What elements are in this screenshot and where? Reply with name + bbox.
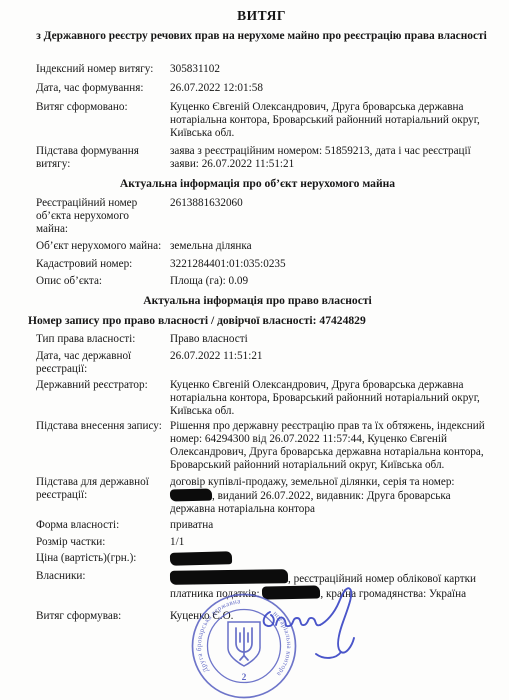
field-label: Підстава для державної реєстрації: bbox=[36, 476, 170, 516]
row-share-size: Розмір частки: 1/1 bbox=[36, 536, 487, 549]
document-page: ВИТЯГ з Державного реєстру речових прав … bbox=[0, 0, 509, 700]
field-label: Витяг сформував: bbox=[36, 610, 170, 623]
field-label: Дата, час формування: bbox=[36, 82, 170, 95]
field-label: Об’єкт нерухомого майна: bbox=[36, 240, 170, 253]
field-label: Дата, час державної реєстрації: bbox=[36, 350, 170, 376]
ownership-record-number-line: Номер запису про право власності / довір… bbox=[28, 314, 487, 328]
field-label: Державний реєстратор: bbox=[36, 379, 170, 418]
field-label: Розмір частки: bbox=[36, 536, 170, 549]
trident-icon bbox=[236, 628, 252, 660]
redaction-bar bbox=[170, 551, 232, 566]
field-label: Тип права власності: bbox=[36, 333, 170, 346]
field-value: 3221284401:01:035:0235 bbox=[170, 258, 487, 271]
stamp-number: 2 bbox=[242, 673, 247, 683]
row-reg-datetime: Дата, час державної реєстрації: 26.07.20… bbox=[36, 350, 487, 376]
document-title: ВИТЯГ bbox=[36, 8, 487, 24]
row-right-type: Тип права власності: Право власності bbox=[36, 333, 487, 346]
field-label: Опис об’єкта: bbox=[36, 275, 170, 288]
row-ownership-form: Форма власності: приватна bbox=[36, 519, 487, 532]
field-label: Кадастровий номер: bbox=[36, 258, 170, 271]
row-property-reg-number: Реєстраційний номер об’єкта нерухомого м… bbox=[36, 197, 487, 236]
field-label: Індексний номер витягу: bbox=[36, 63, 170, 76]
field-value: , реєстраційний номер облікової картки п… bbox=[170, 570, 487, 601]
field-value: заява з реєстраційним номером: 51859213,… bbox=[170, 145, 487, 171]
section-header-property: Актуальна інформація про об’єкт нерухомо… bbox=[28, 177, 487, 191]
field-value bbox=[170, 552, 487, 567]
row-owners: Власники: , реєстраційний номер обліково… bbox=[36, 570, 487, 601]
row-object-description: Опис об’єкта: Площа (га): 0.09 bbox=[36, 275, 487, 288]
redaction-bar bbox=[170, 569, 288, 585]
document-subtitle: з Державного реєстру речових прав на нер… bbox=[36, 29, 487, 43]
row-registrar: Державний реєстратор: Куценко Євгеній Ол… bbox=[36, 379, 487, 418]
field-label: Підстава формування витягу: bbox=[36, 145, 170, 171]
owners-text-after-tax: , країна громадянства: Україна bbox=[320, 588, 466, 600]
basis-text-before-redaction: договір купівлі-продажу, земельної ділян… bbox=[170, 476, 455, 488]
section-header-ownership: Актуальна інформація про право власності bbox=[28, 294, 487, 308]
field-label: Ціна (вартість)(грн.): bbox=[36, 552, 170, 567]
row-index-number: Індексний номер витягу: 305831102 bbox=[36, 63, 487, 76]
field-value: Куценко Є.О. bbox=[170, 610, 487, 623]
field-value: Куценко Євгеній Олександрович, Друга бро… bbox=[170, 101, 487, 140]
row-price: Ціна (вартість)(грн.): bbox=[36, 552, 487, 567]
field-label: Реєстраційний номер об’єкта нерухомого м… bbox=[36, 197, 170, 236]
field-value: земельна ділянка bbox=[170, 240, 487, 253]
field-value: 1/1 bbox=[170, 536, 487, 549]
row-formed-datetime: Дата, час формування: 26.07.2022 12:01:5… bbox=[36, 82, 487, 95]
field-value: 26.07.2022 11:51:21 bbox=[170, 350, 487, 376]
row-record-basis: Підстава внесення запису: Рішення про де… bbox=[36, 420, 487, 472]
row-formed-by: Витяг сформовано: Куценко Євгеній Олекса… bbox=[36, 101, 487, 140]
field-value: 26.07.2022 12:01:58 bbox=[170, 82, 487, 95]
field-value: приватна bbox=[170, 519, 487, 532]
row-state-reg-basis: Підстава для державної реєстрації: догов… bbox=[36, 476, 487, 516]
field-label: Власники: bbox=[36, 570, 170, 601]
field-value: Площа (га): 0.09 bbox=[170, 275, 487, 288]
row-cadastral-number: Кадастровий номер: 3221284401:01:035:023… bbox=[36, 258, 487, 271]
redaction-bar bbox=[262, 585, 320, 599]
basis-text-after-redaction: , виданий 26.07.2022, видавник: Друга бр… bbox=[170, 490, 451, 515]
field-value: Рішення про державну реєстрацію прав та … bbox=[170, 420, 487, 472]
field-value: Куценко Євгеній Олександрович, Друга бро… bbox=[170, 379, 487, 418]
field-label: Форма власності: bbox=[36, 519, 170, 532]
field-label: Витяг сформовано: bbox=[36, 101, 170, 140]
field-value: договір купівлі-продажу, земельної ділян… bbox=[170, 476, 487, 516]
row-formation-basis: Підстава формування витягу: заява з реєс… bbox=[36, 145, 487, 171]
coat-of-arms-shield bbox=[228, 622, 260, 666]
field-value: 305831102 bbox=[170, 63, 487, 76]
field-value: 2613881632060 bbox=[170, 197, 487, 236]
row-extract-formed-by: Витяг сформував: Куценко Є.О. bbox=[36, 610, 487, 623]
field-label: Підстава внесення запису: bbox=[36, 420, 170, 472]
redaction-bar bbox=[170, 489, 212, 502]
row-property-object-type: Об’єкт нерухомого майна: земельна ділянк… bbox=[36, 240, 487, 253]
field-value: Право власності bbox=[170, 333, 487, 346]
